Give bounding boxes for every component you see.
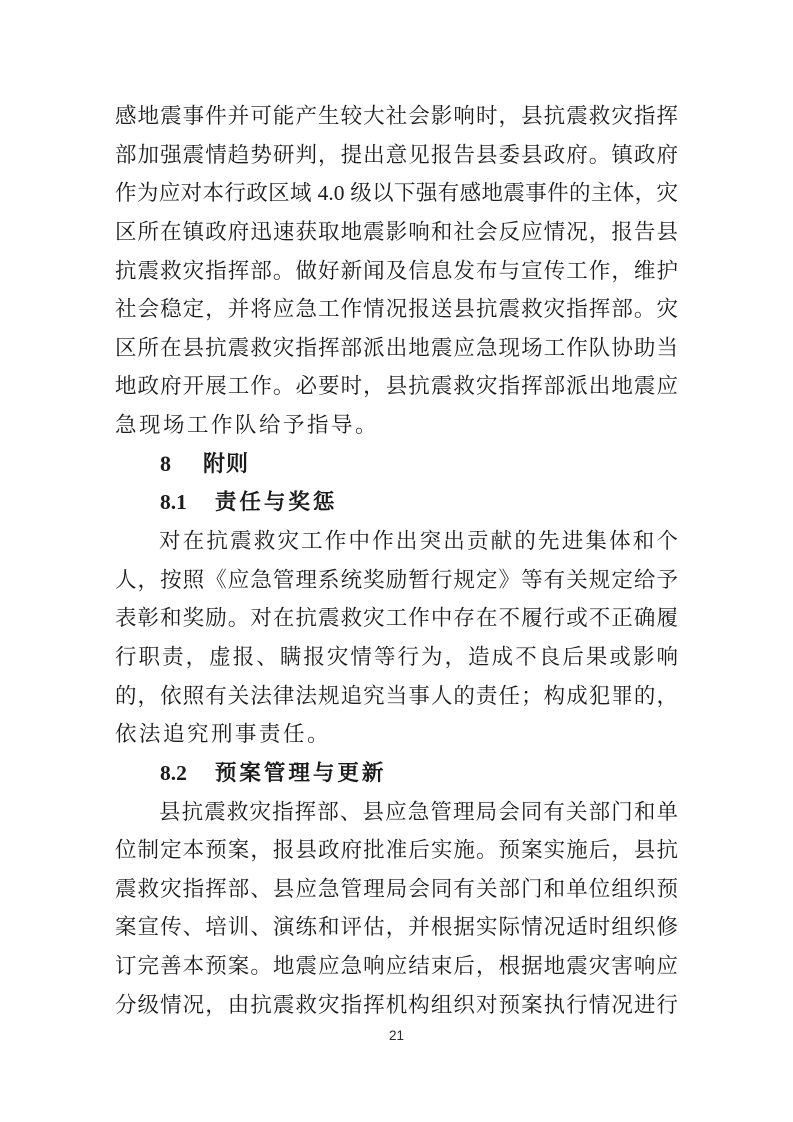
page-number: 21: [0, 1028, 793, 1043]
section-heading: 8.2预案管理与更新: [115, 754, 678, 793]
section-heading: 8.1责任与奖惩: [115, 483, 678, 522]
text-line: 感地震事件并可能产生较大社会影响时，县抗震救灾指挥: [115, 97, 678, 136]
text-line: 分级情况，由抗震救灾指挥机构组织对预案执行情况进行: [115, 986, 678, 1025]
text-line: 人，按照《应急管理系统奖励暂行规定》等有关规定给予: [115, 561, 678, 600]
text-line: 订完善本预案。地震应急响应结束后，根据地震灾害响应: [115, 947, 678, 986]
heading-title: 预案管理与更新: [215, 761, 387, 785]
document-lines: 感地震事件并可能产生较大社会影响时，县抗震救灾指挥部加强震情趋势研判，提出意见报…: [115, 97, 678, 1024]
text-line: 位制定本预案，报县政府批准后实施。预案实施后，县抗: [115, 831, 678, 870]
heading-number: 8: [160, 451, 171, 476]
text-line: 依法追究刑事责任。: [115, 715, 678, 754]
text-line: 震救灾指挥部、县应急管理局会同有关部门和单位组织预: [115, 870, 678, 909]
heading-title: 附则: [203, 451, 249, 476]
text-line: 县抗震救灾指挥部、县应急管理局会同有关部门和单: [115, 793, 678, 832]
text-line: 部加强震情趋势研判，提出意见报告县委县政府。镇政府: [115, 136, 678, 175]
text-line: 表彰和奖励。对在抗震救灾工作中存在不履行或不正确履: [115, 599, 678, 638]
document-body: 感地震事件并可能产生较大社会影响时，县抗震救灾指挥部加强震情趋势研判，提出意见报…: [115, 97, 678, 1024]
text-line: 作为应对本行政区域 4.0 级以下强有感地震事件的主体，灾: [115, 174, 678, 213]
text-line: 急现场工作队给予指导。: [115, 406, 678, 445]
heading-number: 8.1: [160, 490, 187, 514]
heading-title: 责任与奖惩: [215, 490, 338, 514]
section-heading: 8附则: [115, 445, 678, 484]
text-line: 对在抗震救灾工作中作出突出贡献的先进集体和个: [115, 522, 678, 561]
text-line: 的，依照有关法律法规追究当事人的责任；构成犯罪的，: [115, 677, 678, 716]
text-line: 地政府开展工作。必要时，县抗震救灾指挥部派出地震应: [115, 367, 678, 406]
heading-number: 8.2: [160, 761, 187, 785]
text-line: 区所在县抗震救灾指挥部派出地震应急现场工作队协助当: [115, 329, 678, 368]
text-line: 案宣传、培训、演练和评估，并根据实际情况适时组织修: [115, 908, 678, 947]
document-page: 感地震事件并可能产生较大社会影响时，县抗震救灾指挥部加强震情趋势研判，提出意见报…: [0, 0, 793, 1122]
text-line: 社会稳定，并将应急工作情况报送县抗震救灾指挥部。灾: [115, 290, 678, 329]
text-line: 行职责，虚报、瞒报灾情等行为，造成不良后果或影响: [115, 638, 678, 677]
text-line: 区所在镇政府迅速获取地震影响和社会反应情况，报告县: [115, 213, 678, 252]
text-line: 抗震救灾指挥部。做好新闻及信息发布与宣传工作，维护: [115, 252, 678, 291]
